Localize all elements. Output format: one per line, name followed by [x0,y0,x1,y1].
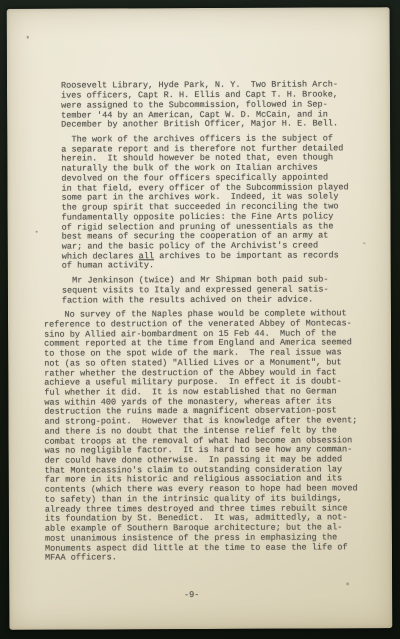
paper-page: Roosevelt Library, Hyde Park, N. Y. Two … [7,7,393,630]
paragraph: The work of the archives officers is the… [61,134,391,271]
typewritten-text: Roosevelt Library, Hyde Park, N. Y. Two … [7,61,392,621]
paper-speck [27,36,29,39]
page-text: Roosevelt Library, Hyde Park, N. Y. Two … [7,81,392,564]
paragraph: No survey of the Naples phase would be c… [44,309,392,563]
scan-background: { "document": { "page_number": "-9-", "p… [0,0,400,639]
paragraph: Mr Jenkinson (twice) and Mr Shipman both… [62,275,391,306]
paragraph: Roosevelt Library, Hyde Park, N. Y. Two … [61,81,390,131]
page-number: -9- [0,591,383,602]
